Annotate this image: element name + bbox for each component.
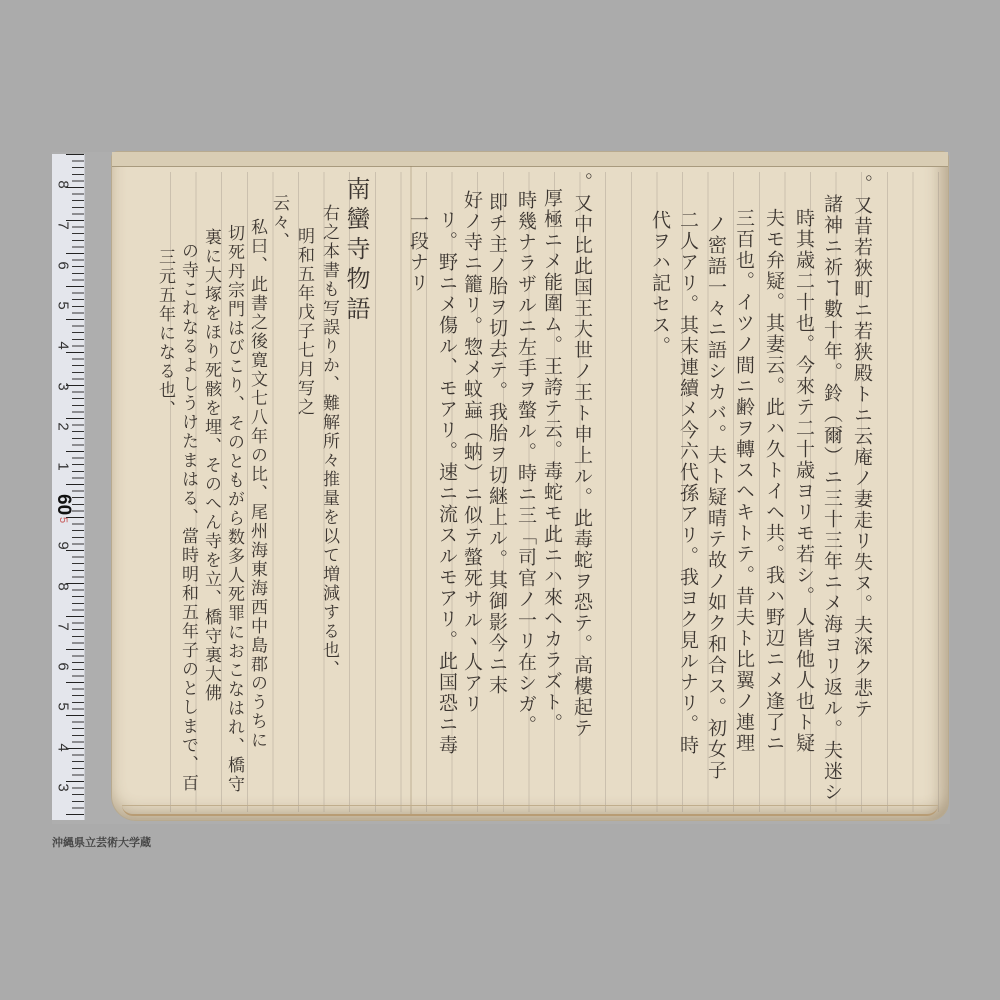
ruler-label: 3	[55, 779, 72, 797]
note-line: 私曰、此書之後寛文七八年の比、尾州海東海西中島郡のうちに	[248, 218, 265, 750]
measuring-ruler: 8 7 6 5 4 3 2 1 60 5 9 8 7 6 5 4 3	[52, 154, 85, 820]
text-column: 即チ主ノ胎ヲ切去テ。我胎ヲ切継上ル。其御影今ニ末	[487, 192, 506, 696]
text-column: 厚極ニメ能圍ム。王誇テ云。毒蛇モ此ニハ來ヘカラズト。	[542, 188, 561, 734]
text-column: 好ノ寺ニ籠リ。惣メ蚊蝱（蚋）ニ似テ螫死サルヽ人アリ	[462, 190, 481, 715]
collection-credit: 沖縄県立芸術大学蔵	[52, 834, 151, 850]
text-column: 二人アリ。其末連續メ今六代孫アリ。我ヨク見ルナリ。時	[678, 210, 697, 756]
page-edges	[122, 805, 938, 816]
ruler-label: 4	[55, 337, 72, 355]
note-line: 三元五年になる也、	[156, 248, 173, 419]
ruler-major-ticks	[66, 154, 84, 820]
ruler-label: 8	[55, 176, 72, 194]
ruler-label: 7	[55, 618, 72, 636]
text-column: 諸神ニ祈ヿ數十年。鈴（爾）ニ三十三年ニメ海ヨリ返ル。夫迷シ	[822, 194, 841, 803]
ruler-label: 4	[55, 739, 72, 757]
text-column: 代ヲハ記セス。	[650, 210, 669, 357]
text-column: 時幾ナラザルニ左手ヲ螫ル。時ニ三「司官ノ一リ在シガ。	[516, 190, 535, 736]
colophon-line: 云々、	[270, 194, 287, 251]
ruler-label: 7	[55, 217, 72, 235]
ruler-label: 9	[55, 537, 72, 555]
ruler-label: 6	[55, 658, 72, 676]
ruler-label: 5	[55, 698, 72, 716]
ruler-label: 6	[55, 257, 72, 275]
ruler-label: 2	[55, 418, 72, 436]
manuscript-notebook: 南蠻寺物語 右之本書も写誤りか、難解所々推量を以て増減する也、 明和五年戊子七月…	[112, 152, 948, 820]
ruler-label: 1	[55, 458, 72, 476]
text-column: 一段ナリ	[408, 210, 427, 294]
text-column: 三百也。イツノ間ニ齢ヲ轉スヘキトテ。昔夫ト比翼ノ連理	[734, 208, 753, 754]
top-page-strip	[112, 152, 948, 167]
text-column: 。又昔若狹町ニ若狭殿トニ云庵ノ妻走リ失ヌ。夫深ク悲テ	[852, 174, 871, 720]
colophon-line: 右之本書も写誤りか、難解所々推量を以て増減する也、	[320, 204, 337, 679]
text-column: 夫モ弁疑。其妻云。此ハ久トイヘ共。我ハ野辺ニメ逢了ニ	[764, 208, 783, 754]
ruler-label-major: 60	[52, 494, 74, 512]
text-column: 時其歳二十也。今來テ二十歳ヨリモ若シ。人皆他人也ト疑	[794, 208, 813, 754]
ruler-label-red: 5	[57, 511, 69, 529]
ruler-label: 8	[55, 578, 72, 596]
text-column: ノ密語一々ニ語シカバ。夫ト疑晴テ故ノ如ク和合ス。初女子	[706, 214, 725, 781]
note-line: の寺これなるよしうけたまはる、當時明和五年子のとしまで、百	[179, 242, 196, 793]
note-line: 裏に大塚をほり死骸を埋、そのへん寺を立、橋守裏大佛	[202, 228, 219, 703]
manuscript-title: 南蠻寺物語	[344, 176, 368, 326]
note-line: 切死丹宗門はびこり、そのともがら数多人死罪におこなはれ、橋守	[225, 224, 242, 794]
text-column: リ。野ニメ傷ル、モアリ。速ニ流スルモアリ。此国恐ニ毒	[437, 210, 456, 756]
colophon-line: 明和五年戊子七月写之	[295, 227, 312, 417]
ruler-label: 3	[55, 378, 72, 396]
ruler-label: 5	[55, 297, 72, 315]
text-column: 。又中比此国王大世ノ王ト申上ル。此毒蛇ヲ恐テ。高樓起テ	[572, 172, 591, 739]
